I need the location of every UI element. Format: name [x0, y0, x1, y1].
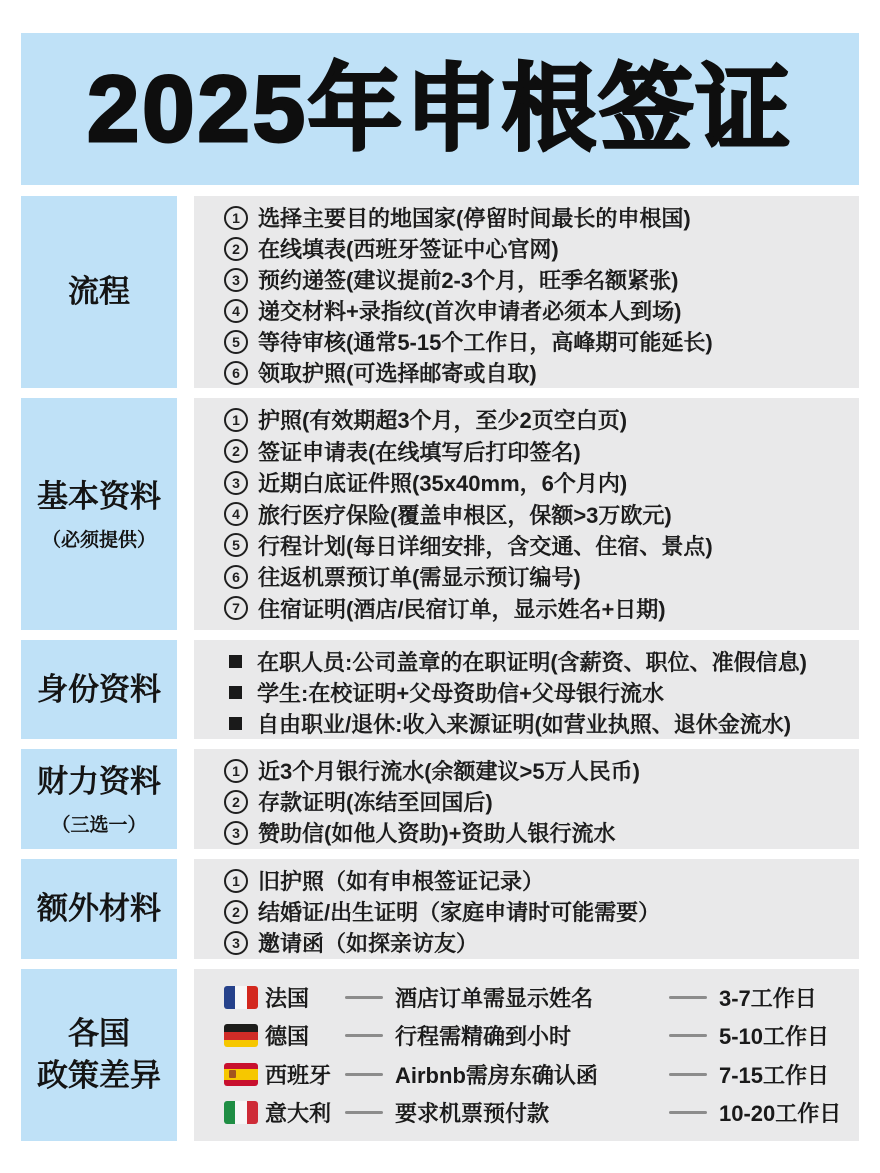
policy-row-italy: 意大利 要求机票预付款 10-20工作日	[224, 1097, 849, 1128]
circled-number: 1	[224, 869, 248, 893]
item-text: 在职人员:公司盖章的在职证明(含薪资、职位、准假信息)	[257, 646, 807, 677]
circled-number: 5	[224, 533, 248, 557]
processing-time: 5-10工作日	[719, 1020, 829, 1051]
section-countries-content: 法国 酒店订单需显示姓名 3-7工作日 德国 行程需精确到小时 5-10工作日 …	[194, 969, 859, 1141]
item-text: 学生:在校证明+父母资助信+父母银行流水	[257, 677, 664, 708]
dash-connector	[669, 996, 707, 999]
item-text: 赞助信(如他人资助)+资助人银行流水	[258, 817, 616, 848]
item-text: 行程计划(每日详细安排，含交通、住宿、景点)	[258, 530, 713, 561]
list-item: 在职人员:公司盖章的在职证明(含薪资、职位、准假信息)	[224, 646, 849, 677]
list-item: 自由职业/退休:收入来源证明(如营业执照、退休金流水)	[224, 708, 849, 739]
circled-number: 3	[224, 931, 248, 955]
dash-connector	[669, 1073, 707, 1076]
item-text: 护照(有效期超3个月，至少2页空白页)	[258, 404, 627, 435]
section-process-content: 1选择主要目的地国家(停留时间最长的申根国) 2在线填表(西班牙签证中心官网) …	[194, 196, 859, 388]
list-item: 1护照(有效期超3个月，至少2页空白页)	[224, 404, 849, 435]
section-financial-documents: 财力资料 （三选一） 1近3个月银行流水(余额建议>5万人民币) 2存款证明(冻…	[21, 749, 859, 849]
list-item: 2存款证明(冻结至回国后)	[224, 786, 849, 817]
country-name: 法国	[265, 982, 345, 1013]
country-name: 意大利	[265, 1097, 345, 1128]
processing-time: 3-7工作日	[719, 982, 817, 1013]
item-text: 自由职业/退休:收入来源证明(如营业执照、退休金流水)	[257, 708, 791, 739]
country-policy: Airbnb需房东确认函	[395, 1059, 657, 1090]
country-policy: 要求机票预付款	[395, 1097, 657, 1128]
processing-time: 10-20工作日	[719, 1097, 841, 1128]
circled-number: 2	[224, 790, 248, 814]
france-flag-icon	[224, 986, 258, 1009]
item-text: 往返机票预订单(需显示预订编号)	[258, 561, 581, 592]
policy-row-germany: 德国 行程需精确到小时 5-10工作日	[224, 1020, 849, 1051]
italy-flag-icon	[224, 1101, 258, 1124]
circled-number: 2	[224, 439, 248, 463]
item-text: 旧护照（如有申根签证记录）	[258, 865, 544, 896]
spain-flag-icon	[224, 1063, 258, 1086]
country-policy: 酒店订单需显示姓名	[395, 982, 657, 1013]
list-item: 学生:在校证明+父母资助信+父母银行流水	[224, 677, 849, 708]
section-sublabel: （必须提供）	[42, 525, 156, 552]
dash-connector	[669, 1034, 707, 1037]
section-countries-label-panel: 各国 政策差异	[21, 969, 177, 1141]
list-item: 1近3个月银行流水(余额建议>5万人民币)	[224, 755, 849, 786]
list-item: 2结婚证/出生证明（家庭申请时可能需要）	[224, 896, 849, 927]
circled-number: 3	[224, 471, 248, 495]
section-label: 流程	[68, 271, 130, 313]
list-item: 3近期白底证件照(35x40mm，6个月内)	[224, 467, 849, 498]
circled-number: 1	[224, 408, 248, 432]
list-item: 2在线填表(西班牙签证中心官网)	[224, 233, 849, 264]
circled-number: 5	[224, 330, 248, 354]
section-label: 额外材料	[37, 888, 161, 930]
square-bullet-icon	[229, 717, 242, 730]
list-item: 3邀请函（如探亲访友）	[224, 927, 849, 958]
list-item: 3赞助信(如他人资助)+资助人银行流水	[224, 817, 849, 848]
country-name: 德国	[265, 1020, 345, 1051]
section-extra-materials: 额外材料 1旧护照（如有申根签证记录） 2结婚证/出生证明（家庭申请时可能需要）…	[21, 859, 859, 959]
square-bullet-icon	[229, 655, 242, 668]
circled-number: 6	[224, 565, 248, 589]
section-sublabel: （三选一）	[51, 810, 146, 837]
policy-row-france: 法国 酒店订单需显示姓名 3-7工作日	[224, 982, 849, 1013]
item-text: 预约递签(建议提前2-3个月，旺季名额紧张)	[258, 264, 678, 295]
circled-number: 3	[224, 821, 248, 845]
section-country-policies: 各国 政策差异 法国 酒店订单需显示姓名 3-7工作日 德国 行程需精确到小时 …	[21, 969, 859, 1141]
section-label: 基本资料	[37, 476, 161, 518]
item-text: 结婚证/出生证明（家庭申请时可能需要）	[258, 896, 660, 927]
dash-connector	[345, 1034, 383, 1037]
country-name: 西班牙	[265, 1059, 345, 1090]
section-basic-documents: 基本资料 （必须提供） 1护照(有效期超3个月，至少2页空白页) 2签证申请表(…	[21, 398, 859, 630]
dash-connector	[669, 1111, 707, 1114]
list-item: 1旧护照（如有申根签证记录）	[224, 865, 849, 896]
page-title: 2025年申根签证	[87, 62, 793, 156]
section-process-label-panel: 流程	[21, 196, 177, 388]
list-item: 6往返机票预订单(需显示预订编号)	[224, 561, 849, 592]
section-identity-content: 在职人员:公司盖章的在职证明(含薪资、职位、准假信息) 学生:在校证明+父母资助…	[194, 640, 859, 739]
circled-number: 2	[224, 237, 248, 261]
country-policy: 行程需精确到小时	[395, 1020, 657, 1051]
circled-number: 4	[224, 502, 248, 526]
infographic-page: 2025年申根签证 流程 1选择主要目的地国家(停留时间最长的申根国) 2在线填…	[0, 0, 880, 1173]
item-text: 存款证明(冻结至回国后)	[258, 786, 493, 817]
item-text: 住宿证明(酒店/民宿订单，显示姓名+日期)	[258, 593, 666, 624]
list-item: 4递交材料+录指纹(首次申请者必须本人到场)	[224, 295, 849, 326]
square-bullet-icon	[229, 686, 242, 699]
circled-number: 1	[224, 206, 248, 230]
list-item: 2签证申请表(在线填写后打印签名)	[224, 436, 849, 467]
section-financial-label-panel: 财力资料 （三选一）	[21, 749, 177, 849]
section-identity-documents: 身份资料 在职人员:公司盖章的在职证明(含薪资、职位、准假信息) 学生:在校证明…	[21, 640, 859, 739]
list-item: 4旅行医疗保险(覆盖申根区，保额>3万欧元)	[224, 499, 849, 530]
list-item: 3预约递签(建议提前2-3个月，旺季名额紧张)	[224, 264, 849, 295]
section-extra-label-panel: 额外材料	[21, 859, 177, 959]
circled-number: 6	[224, 361, 248, 385]
item-text: 在线填表(西班牙签证中心官网)	[258, 233, 559, 264]
list-item: 7住宿证明(酒店/民宿订单，显示姓名+日期)	[224, 593, 849, 624]
circled-number: 3	[224, 268, 248, 292]
circled-number: 1	[224, 759, 248, 783]
list-item: 6领取护照(可选择邮寄或自取)	[224, 357, 849, 388]
item-text: 近期白底证件照(35x40mm，6个月内)	[258, 467, 627, 498]
dash-connector	[345, 1111, 383, 1114]
dash-connector	[345, 996, 383, 999]
section-label-line1: 各国	[68, 1013, 130, 1055]
item-text: 近3个月银行流水(余额建议>5万人民币)	[258, 755, 640, 786]
section-basic-content: 1护照(有效期超3个月，至少2页空白页) 2签证申请表(在线填写后打印签名) 3…	[194, 398, 859, 630]
list-item: 1选择主要目的地国家(停留时间最长的申根国)	[224, 202, 849, 233]
circled-number: 2	[224, 900, 248, 924]
item-text: 选择主要目的地国家(停留时间最长的申根国)	[258, 202, 691, 233]
item-text: 递交材料+录指纹(首次申请者必须本人到场)	[258, 295, 682, 326]
dash-connector	[345, 1073, 383, 1076]
processing-time: 7-15工作日	[719, 1059, 829, 1090]
item-text: 领取护照(可选择邮寄或自取)	[258, 357, 537, 388]
item-text: 签证申请表(在线填写后打印签名)	[258, 436, 581, 467]
section-identity-label-panel: 身份资料	[21, 640, 177, 739]
section-basic-label-panel: 基本资料 （必须提供）	[21, 398, 177, 630]
list-item: 5等待审核(通常5-15个工作日，高峰期可能延长)	[224, 326, 849, 357]
item-text: 邀请函（如探亲访友）	[258, 927, 478, 958]
circled-number: 4	[224, 299, 248, 323]
section-label: 财力资料	[37, 761, 161, 803]
list-item: 5行程计划(每日详细安排，含交通、住宿、景点)	[224, 530, 849, 561]
title-card: 2025年申根签证	[21, 33, 859, 185]
policy-row-spain: 西班牙 Airbnb需房东确认函 7-15工作日	[224, 1059, 849, 1090]
section-label: 身份资料	[37, 669, 161, 711]
section-process: 流程 1选择主要目的地国家(停留时间最长的申根国) 2在线填表(西班牙签证中心官…	[21, 196, 859, 388]
section-financial-content: 1近3个月银行流水(余额建议>5万人民币) 2存款证明(冻结至回国后) 3赞助信…	[194, 749, 859, 849]
item-text: 旅行医疗保险(覆盖申根区，保额>3万欧元)	[258, 499, 672, 530]
section-extra-content: 1旧护照（如有申根签证记录） 2结婚证/出生证明（家庭申请时可能需要） 3邀请函…	[194, 859, 859, 959]
germany-flag-icon	[224, 1024, 258, 1047]
item-text: 等待审核(通常5-15个工作日，高峰期可能延长)	[258, 326, 713, 357]
circled-number: 7	[224, 596, 248, 620]
section-label-line2: 政策差异	[37, 1055, 161, 1097]
